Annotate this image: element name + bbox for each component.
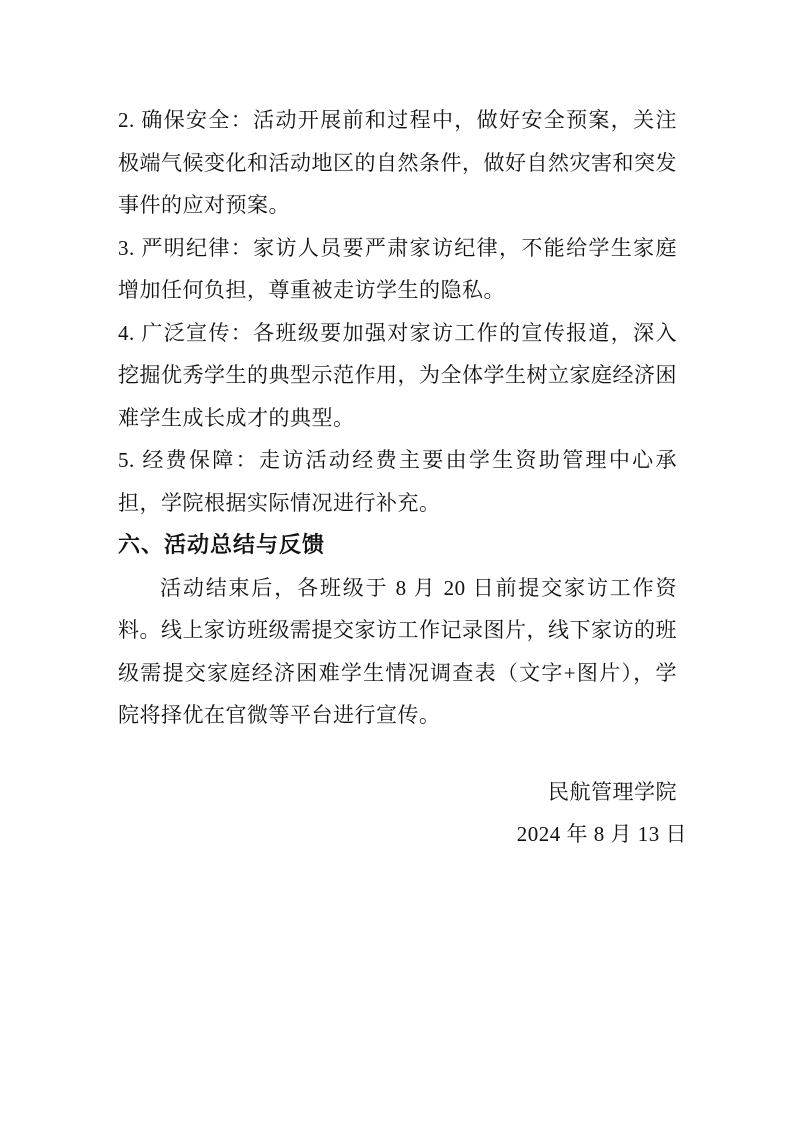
paragraph-item-2: 2. 确保安全：活动开展前和过程中，做好安全预案，关注极端气候变化和活动地区的自… xyxy=(118,99,677,227)
signature-block: 民航管理学院 2024 年 8 月 13 日 xyxy=(118,771,677,856)
document-page: 2. 确保安全：活动开展前和过程中，做好安全预案，关注极端气候变化和活动地区的自… xyxy=(0,0,793,1122)
closing-paragraph: 活动结束后，各班级于 8 月 20 日前提交家访工作资料。线上家访班级需提交家访… xyxy=(118,567,677,737)
paragraph-item-3: 3. 严明纪律：家访人员要严肃家访纪律，不能给学生家庭增加任何负担，尊重被走访学… xyxy=(118,227,677,312)
paragraph-item-5: 5. 经费保障：走访活动经费主要由学生资助管理中心承担，学院根据实际情况进行补充… xyxy=(118,439,677,524)
signature-date: 2024 年 8 月 13 日 xyxy=(118,813,687,856)
document-content: 2. 确保安全：活动开展前和过程中，做好安全预案，关注极端气候变化和活动地区的自… xyxy=(118,99,677,856)
section-heading: 六、活动总结与反馈 xyxy=(118,524,677,567)
paragraph-item-4: 4. 广泛宣传：各班级要加强对家访工作的宣传报道，深入挖掘优秀学生的典型示范作用… xyxy=(118,312,677,440)
signature-org: 民航管理学院 xyxy=(118,771,677,814)
